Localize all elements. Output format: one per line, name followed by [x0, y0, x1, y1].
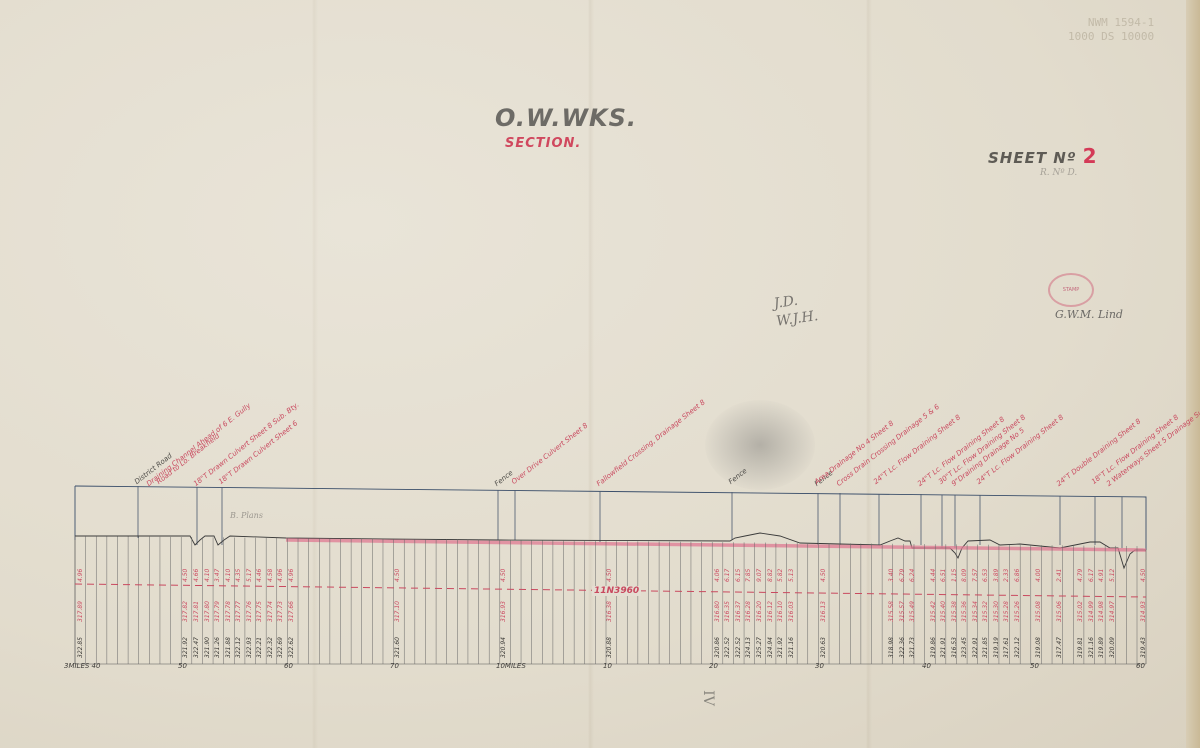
- station-red-top-value: 7.85: [745, 569, 752, 582]
- station-red-top-value: 4.46: [256, 569, 263, 582]
- mile-label: 70: [390, 662, 399, 670]
- station-red-top-value: 2.33: [1003, 569, 1010, 582]
- station-black-value: 321.90: [204, 637, 211, 658]
- mile-label: 50: [178, 662, 187, 670]
- station-red-mid-value: 314.97: [1109, 601, 1116, 622]
- station-red-top-value: 4.50: [1140, 569, 1147, 582]
- station-red-top-value: 4.50: [182, 569, 189, 582]
- station-red-mid-value: 317.76: [246, 601, 253, 622]
- station-black-value: 321.91: [940, 637, 947, 658]
- station-black-value: 320.63: [820, 637, 827, 658]
- station-red-top-value: 8.09: [961, 569, 968, 582]
- station-black-value: 325.27: [756, 637, 763, 658]
- station-black-value: 318.98: [888, 637, 895, 658]
- station-red-mid-value: 315.34: [972, 601, 979, 622]
- mile-label: 3MILES 40: [64, 662, 100, 670]
- station-red-mid-value: 317.77: [235, 601, 242, 622]
- station-black-value: 321.73: [909, 637, 916, 658]
- station-red-top-value: 4.91: [1098, 569, 1105, 582]
- station-red-top-value: 3.89: [993, 569, 1000, 582]
- station-black-value: 322.93: [246, 637, 253, 658]
- station-red-top-value: 4.50: [500, 569, 507, 582]
- station-red-mid-value: 315.32: [982, 601, 989, 622]
- station-black-value: 319.86: [930, 637, 937, 658]
- station-black-value: 319.43: [1140, 637, 1147, 658]
- station-red-top-value: 6.15: [735, 569, 742, 582]
- station-black-value: 319.89: [1098, 637, 1105, 658]
- station-black-value: 323.45: [961, 637, 968, 658]
- station-red-mid-value: 314.99: [1088, 601, 1095, 622]
- station-black-value: 320.86: [714, 637, 721, 658]
- station-red-top-value: 4.96: [277, 569, 284, 582]
- station-red-mid-value: 317.79: [214, 601, 221, 622]
- station-red-top-value: 6.24: [909, 569, 916, 582]
- station-red-mid-value: 316.80: [714, 601, 721, 622]
- station-black-value: 322.69: [277, 637, 284, 658]
- ground-profile: [75, 533, 1146, 568]
- station-black-value: 322.12: [1014, 637, 1021, 658]
- station-red-mid-value: 316.12: [767, 601, 774, 622]
- station-black-value: 321.92: [182, 637, 189, 658]
- station-black-value: 322.52: [735, 637, 742, 658]
- station-black-value: 322.91: [972, 637, 979, 658]
- station-red-top-value: 4.44: [930, 569, 937, 582]
- station-black-value: 321.16: [1088, 637, 1095, 658]
- station-black-value: 322.85: [77, 637, 84, 658]
- station-red-mid-value: 315.26: [1014, 601, 1021, 622]
- station-red-top-value: 4.06: [714, 569, 721, 582]
- station-red-mid-value: 316.93: [500, 601, 507, 622]
- station-red-mid-value: 316.37: [735, 601, 742, 622]
- station-black-value: 319.19: [993, 637, 1000, 658]
- section-drawing: [0, 0, 1200, 748]
- station-red-mid-value: 315.06: [1056, 601, 1063, 622]
- station-red-mid-value: 315.40: [940, 601, 947, 622]
- station-black-value: 321.85: [982, 637, 989, 658]
- station-red-top-value: 5.17: [246, 569, 253, 582]
- station-red-mid-value: 315.28: [1003, 601, 1010, 622]
- station-red-mid-value: 316.13: [820, 601, 827, 622]
- station-red-mid-value: 314.98: [1098, 601, 1105, 622]
- station-red-top-value: 1.15: [951, 569, 958, 582]
- station-red-mid-value: 316.38: [606, 601, 613, 622]
- station-red-top-value: 4.96: [288, 569, 295, 582]
- mile-label: 10MILES: [496, 662, 526, 670]
- station-red-top-value: 2.41: [1056, 569, 1063, 582]
- station-red-mid-value: 317.78: [225, 601, 232, 622]
- mile-label: 20: [709, 662, 718, 670]
- station-black-value: 317.47: [1056, 637, 1063, 658]
- plan-note: B. Plans: [230, 511, 263, 520]
- station-red-top-value: 5.13: [788, 569, 795, 582]
- station-red-mid-value: 317.82: [182, 601, 189, 622]
- station-black-value: 319.81: [1077, 637, 1084, 658]
- station-red-top-value: 4.00: [1035, 569, 1042, 582]
- station-red-mid-value: 317.66: [288, 601, 295, 622]
- station-red-mid-value: 315.38: [951, 601, 958, 622]
- station-red-top-value: 4.58: [267, 569, 274, 582]
- station-red-top-value: 4.10: [225, 569, 232, 582]
- station-black-value: 322.12: [235, 637, 242, 658]
- station-red-top-value: 4.66: [193, 569, 200, 582]
- station-red-mid-value: 317.73: [277, 601, 284, 622]
- station-black-value: 320.94: [500, 637, 507, 658]
- station-red-top-value: 6.51: [940, 569, 947, 582]
- station-red-mid-value: 315.49: [909, 601, 916, 622]
- station-red-top-value: 5.82: [777, 569, 784, 582]
- station-black-value: 321.60: [394, 637, 401, 658]
- station-red-mid-value: 317.89: [77, 601, 84, 622]
- station-red-top-value: 8.82: [767, 569, 774, 582]
- station-red-top-value: 3.47: [214, 569, 221, 582]
- station-red-top-value: 4.96: [77, 569, 84, 582]
- station-red-mid-value: 315.36: [961, 601, 968, 622]
- station-black-value: 320.88: [606, 637, 613, 658]
- station-black-value: 321.26: [214, 637, 221, 658]
- mile-label: 10: [603, 662, 612, 670]
- station-black-value: 321.92: [777, 637, 784, 658]
- mile-label: 60: [284, 662, 293, 670]
- station-black-value: 324.94: [767, 637, 774, 658]
- station-red-mid-value: 315.02: [1077, 601, 1084, 622]
- station-red-mid-value: 316.03: [788, 601, 795, 622]
- station-red-top-value: 4.50: [394, 569, 401, 582]
- station-black-value: 322.47: [193, 637, 200, 658]
- station-red-top-value: 6.17: [1088, 569, 1095, 582]
- mile-label: 50: [1030, 662, 1039, 670]
- station-red-mid-value: 317.74: [267, 601, 274, 622]
- station-red-top-value: 4.50: [820, 569, 827, 582]
- station-red-mid-value: 316.10: [777, 601, 784, 622]
- datum-label: 11N3960: [592, 586, 641, 596]
- station-red-top-value: 6.79: [899, 569, 906, 582]
- station-black-value: 321.88: [225, 637, 232, 658]
- station-red-mid-value: 316.28: [745, 601, 752, 622]
- mile-label: 60: [1136, 662, 1145, 670]
- station-red-mid-value: 315.58: [888, 601, 895, 622]
- station-black-value: 322.52: [724, 637, 731, 658]
- station-red-mid-value: 316.20: [756, 601, 763, 622]
- station-red-top-value: 4.50: [606, 569, 613, 582]
- station-red-top-value: 4.10: [204, 569, 211, 582]
- station-red-mid-value: 314.93: [1140, 601, 1147, 622]
- station-red-mid-value: 317.10: [394, 601, 401, 622]
- station-black-value: 320.09: [1109, 637, 1116, 658]
- station-red-top-value: 6.17: [724, 569, 731, 582]
- station-black-value: 317.61: [1003, 637, 1010, 658]
- mile-label: 30: [815, 662, 824, 670]
- station-red-top-value: 5.12: [1109, 569, 1116, 582]
- station-red-top-value: 7.57: [972, 569, 979, 582]
- station-black-value: 322.21: [256, 637, 263, 658]
- mile-label: 40: [922, 662, 931, 670]
- station-red-top-value: 6.53: [982, 569, 989, 582]
- station-red-top-value: 6.86: [1014, 569, 1021, 582]
- station-black-value: 322.62: [288, 637, 295, 658]
- station-black-value: 322.32: [267, 637, 274, 658]
- station-black-value: 316.53: [951, 637, 958, 658]
- station-red-mid-value: 315.57: [899, 601, 906, 622]
- station-black-value: 321.16: [788, 637, 795, 658]
- station-red-mid-value: 317.75: [256, 601, 263, 622]
- station-red-top-value: 4.35: [235, 569, 242, 582]
- station-red-mid-value: 317.80: [204, 601, 211, 622]
- station-red-mid-value: 315.42: [930, 601, 937, 622]
- station-black-value: 319.08: [1035, 637, 1042, 658]
- station-red-top-value: 9.07: [756, 569, 763, 582]
- station-black-value: 324.13: [745, 637, 752, 658]
- station-red-mid-value: 315.30: [993, 601, 1000, 622]
- station-red-mid-value: 316.35: [724, 601, 731, 622]
- station-red-mid-value: 315.08: [1035, 601, 1042, 622]
- station-black-value: 322.36: [899, 637, 906, 658]
- station-red-mid-value: 317.81: [193, 601, 200, 622]
- station-red-top-value: 3.40: [888, 569, 895, 582]
- station-red-top-value: 4.79: [1077, 569, 1084, 582]
